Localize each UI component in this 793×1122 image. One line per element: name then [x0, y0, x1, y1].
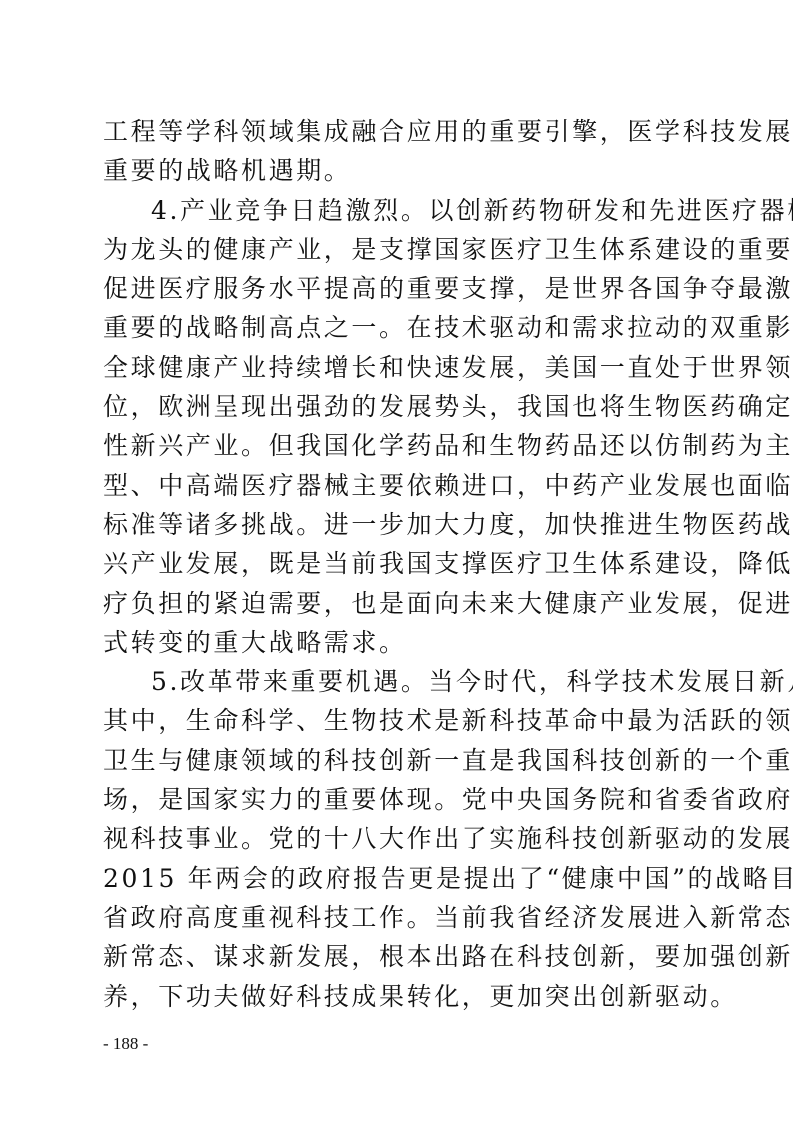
- text-line: 型、中高端医疗器械主要依赖进口，中药产业发展也面临着资源、: [103, 466, 693, 505]
- text-line: 场，是国家实力的重要体现。党中央国务院和省委省政府高度重: [103, 780, 693, 819]
- text-line: 工程等学科领域集成融合应用的重要引擎，医学科技发展进入了: [103, 112, 693, 151]
- paragraph-heading-line: 5.改革带来重要机遇。当今时代，科学技术发展日新月异，: [103, 662, 693, 701]
- text-line: 式转变的重大战略需求。: [103, 623, 693, 662]
- page-number: - 188 -: [103, 1034, 148, 1054]
- paragraph-industry-competition: 4.产业竞争日趋激烈。以创新药物研发和先进医疗器械制造 为龙头的健康产业，是支撑…: [103, 191, 693, 663]
- text-line: 其中，生命科学、生物技术是新科技革命中最为活跃的领域之一。: [103, 701, 693, 740]
- text-line: 位，欧洲呈现出强劲的发展势头，我国也将生物医药确定为战略: [103, 387, 693, 426]
- text-line: 全球健康产业持续增长和快速发展，美国一直处于世界领先地: [103, 348, 693, 387]
- text-line: 疗负担的紧迫需要，也是面向未来大健康产业发展，促进医学模: [103, 584, 693, 623]
- text-line: 促进医疗服务水平提高的重要支撑，是世界各国争夺最激烈、最: [103, 269, 693, 308]
- text-line: 卫生与健康领域的科技创新一直是我国科技创新的一个重要战: [103, 741, 693, 780]
- text-line: 重要的战略制高点之一。在技术驱动和需求拉动的双重影响下，: [103, 308, 693, 347]
- paragraph-continuation: 工程等学科领域集成融合应用的重要引擎，医学科技发展进入了 重要的战略机遇期。: [103, 112, 693, 191]
- text-line: 养，下功夫做好科技成果转化，更加突出创新驱动。: [103, 977, 693, 1016]
- paragraph-heading-line: 4.产业竞争日趋激烈。以创新药物研发和先进医疗器械制造: [103, 191, 693, 230]
- text-line: 性新兴产业。但我国化学药品和生物药品还以仿制药为主，大中: [103, 426, 693, 465]
- text-line: 视科技事业。党的十八大作出了实施科技创新驱动的发展战略。: [103, 819, 693, 858]
- document-body: 工程等学科领域集成融合应用的重要引擎，医学科技发展进入了 重要的战略机遇期。 4…: [103, 112, 693, 1016]
- text-line: 新常态、谋求新发展，根本出路在科技创新，要加强创新人才培: [103, 937, 693, 976]
- text-line: 省政府高度重视科技工作。当前我省经济发展进入新常态，适应: [103, 898, 693, 937]
- text-line: 2015 年两会的政府报告更是提出了“健康中国”的战略目标。省委: [103, 859, 693, 898]
- text-line: 兴产业发展，既是当前我国支撑医疗卫生体系建设，降低公众医: [103, 544, 693, 583]
- text-line: 为龙头的健康产业，是支撑国家医疗卫生体系建设的重要基础和: [103, 230, 693, 269]
- paragraph-reform-opportunity: 5.改革带来重要机遇。当今时代，科学技术发展日新月异， 其中，生命科学、生物技术…: [103, 662, 693, 1016]
- text-line: 重要的战略机遇期。: [103, 151, 693, 190]
- text-line: 标准等诸多挑战。进一步加大力度，加快推进生物医药战略性新: [103, 505, 693, 544]
